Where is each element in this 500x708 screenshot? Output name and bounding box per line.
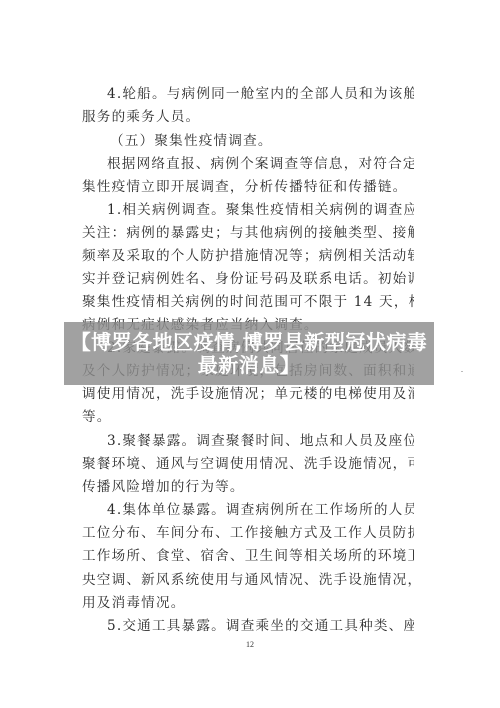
section-heading: （五）聚集性疫情调查。 (110, 130, 442, 152)
text-line: 1.相关病例调查。聚集性疫情相关病例的调查应当重点 (107, 199, 414, 221)
text-line: 4.轮船。与病例同一舱室内的全部人员和为该舱室提供 (107, 83, 414, 105)
page-number: 12 (238, 640, 262, 649)
text-line: 服务的乘务人员。 (82, 106, 414, 128)
text-line: 频率及采取的个人防护措施情况等；病例相关活动轨迹；核 (82, 245, 414, 267)
text-line: 等。 (82, 406, 414, 428)
text-line: 工位分布、车间分布、工作接触方式及工作人员防护情况， (82, 522, 414, 544)
text-line: 集性疫情立即开展调查，分析传播特征和传播链。 (82, 176, 414, 198)
text-line: 央空调、新风系统使用与通风情况、洗手设施情况，电梯使 (82, 569, 414, 591)
text-line: 工作场所、食堂、宿舍、卫生间等相关场所的环境卫生、中 (82, 545, 414, 567)
text-line: 调使用情况，洗手设施情况；单元楼的电梯使用及消毒情况 (82, 383, 414, 405)
text-line: 根据网络直报、病例个案调查等信息，对符合定义的聚 (107, 153, 414, 175)
text-line: 4.集体单位暴露。调查病例所在工作场所的人员数量、 (107, 499, 414, 521)
scan-artifact (461, 371, 463, 372)
text-line: 用及消毒情况。 (82, 592, 414, 614)
title-banner: 【博罗各地区疫情,博罗县新型冠状病毒最新消息】 (64, 322, 434, 385)
text-line: 传播风险增加的行为等。 (82, 476, 414, 498)
banner-title: 【博罗各地区疫情,博罗县新型冠状病毒最新消息】 (69, 331, 429, 377)
text-line: 关注：病例的暴露史；与其他病例的接触类型、接触距离、 (82, 222, 414, 244)
text-line: 聚餐环境、通风与空调使用情况、洗手设施情况，可能导致 (82, 453, 414, 475)
text-line: 聚集性疫情相关病例的时间范围可不限于 14 天，相关疑似 (82, 291, 414, 313)
text-line: 5.交通工具暴露。调查乘坐的交通工具种类、座位分布、 (107, 615, 414, 637)
text-line: 3.聚餐暴露。调查聚餐时间、地点和人员及座位分布， (107, 430, 414, 452)
text-line: 实并登记病例姓名、身份证号码及联系电话。初始调查时， (82, 268, 414, 290)
